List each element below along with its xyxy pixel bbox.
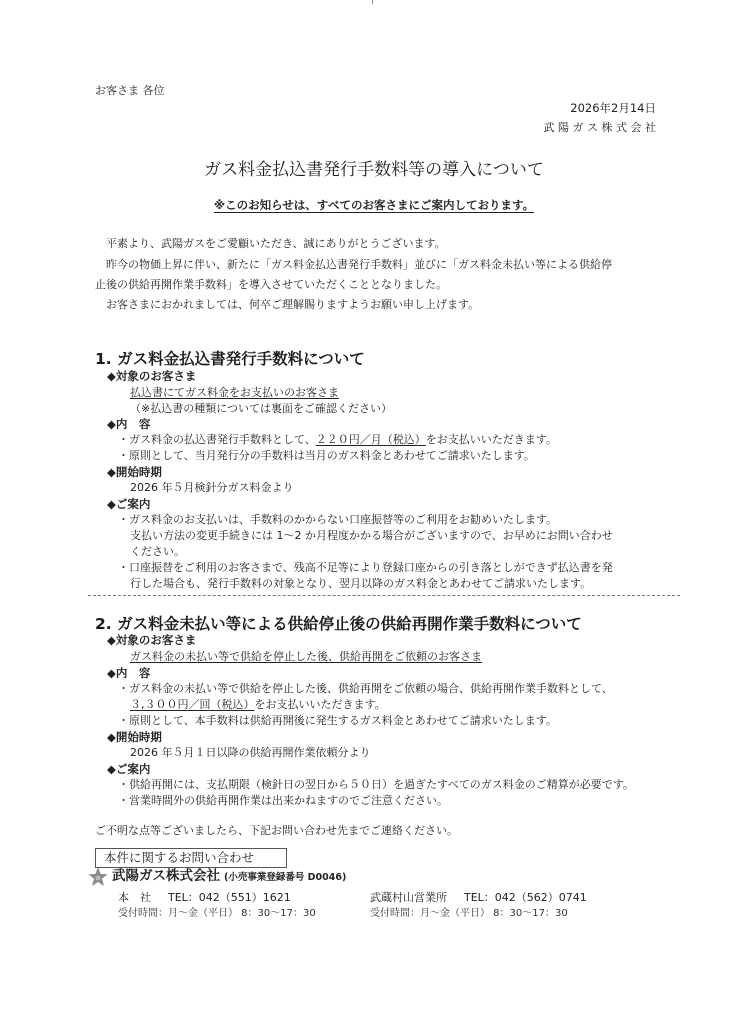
issuer: 武 陽 ガ ス 株 式 会 社 xyxy=(544,121,656,135)
intro-line-2: 昨今の物価上昇に伴い、新たに「ガス料金払込書発行手数料」並びに「ガス料金未払い等… xyxy=(106,258,612,272)
section-2-guide-label: ◆ご案内 xyxy=(107,762,150,777)
section-1-guide-label: ◆ご案内 xyxy=(107,497,150,512)
section-2-guide-2: ・営業時間外の供給再開作業は出来かねますのでご注意ください。 xyxy=(118,794,448,808)
fee-3300: ３,３００円／回（税込） xyxy=(130,698,255,711)
section-1-target-note: （※払込書の種類については裏面をご確認ください） xyxy=(130,402,392,416)
section-1-guide-1c: ください。 xyxy=(130,545,185,559)
content-1-post: をお支払いいただきます。 xyxy=(426,433,557,446)
addressee: お客さま 各位 xyxy=(95,84,165,98)
section-1-content-label: ◆内 容 xyxy=(107,417,150,432)
page-top-mark xyxy=(372,0,373,4)
office-musashimurayama-tel: TEL：042（562）0741 xyxy=(464,891,587,905)
section-1-target-text: 払込書にてガス料金をお支払いのお客さま xyxy=(130,386,339,400)
intro-line-4: お客さまにおかれましては、何卒ご理解賜りますようお願い申し上げます。 xyxy=(106,298,479,312)
office-hq-name: 本 社 xyxy=(118,891,151,905)
content-1-pre: ・ガス料金の払込書発行手数料として、 xyxy=(118,433,316,446)
registration-number: (小売事業登録番号 D0046) xyxy=(224,872,346,883)
star-logo-icon xyxy=(88,866,108,888)
section-2-heading: 2. ガス料金未払い等による供給停止後の供給再開作業手数料について xyxy=(95,614,582,634)
section-2-content-1a: ・ガス料金の未払い等で供給を停止した後、供給再開をご依頼の場合、供給再開作業手数… xyxy=(118,682,613,696)
section-2-content-label: ◆内 容 xyxy=(107,666,150,681)
office-hq-hours: 受付時間：月～金（平日） 8：30～17：30 xyxy=(118,907,316,920)
section-2-content-2: ・原則として、本手数料は供給再開後に発生するガス料金とあわせてご請求いたします。 xyxy=(118,714,557,728)
section-2-start-label: ◆開始時期 xyxy=(107,730,162,745)
section-1-heading: 1. ガス料金払込書発行手数料について xyxy=(95,349,365,369)
closing-text: ご不明な点等ございましたら、下記お問い合わせ先までご連絡ください。 xyxy=(95,824,458,838)
section-2-content-1b: ３,３００円／回（税込）をお支払いいただきます。 xyxy=(130,698,386,712)
contact-box-label: 本件に関するお問い合わせ xyxy=(104,850,254,866)
section-2-guide-1: ・供給再開には、支払期限（検針日の翌日から５０日）を過ぎたすべてのガス料金のご精… xyxy=(118,778,634,792)
section-1-guide-1a: ・ガス料金のお支払いは、手数料のかからない口座振替等のご利用をお勧めいたします。 xyxy=(118,513,557,527)
section-1-content-1: ・ガス料金の払込書発行手数料として、２２０円／月（税込）をお支払いいただきます。 xyxy=(118,433,557,447)
section-1-start-label: ◆開始時期 xyxy=(107,465,162,480)
office-hq-tel: TEL：042（551）1621 xyxy=(168,891,291,905)
office-musashimurayama-hours: 受付時間：月～金（平日） 8：30～17：30 xyxy=(370,907,568,920)
intro-line-3: 止後の供給再開作業手数料」を導入させていただくこととなりました。 xyxy=(95,278,447,292)
section-1-guide-2b: 行した場合も、発行手数料の対象となり、翌月以降のガス料金とあわせてご請求いたしま… xyxy=(130,577,591,591)
notice-subtitle: ※このお知らせは、すべてのお客さまにご案内しております。 xyxy=(0,197,748,213)
section-divider xyxy=(88,595,680,596)
intro-line-1: 平素より、武陽ガスをご愛顧いただき、誠にありがとうございます。 xyxy=(106,237,446,251)
section-1-guide-2a: ・口座振替をご利用のお客さまで、残高不足等により登録口座からの引き落としができず… xyxy=(118,561,613,575)
company-name: 武陽ガス株式会社(小売事業登録番号 D0046) xyxy=(112,866,346,888)
contact-box: 本件に関するお問い合わせ xyxy=(95,848,287,868)
section-1-target-label: ◆対象のお客さま xyxy=(107,369,196,384)
section-2-target-text: ガス料金の未払い等で供給を停止した後、供給再開をご依頼のお客さま xyxy=(130,650,482,664)
section-1-content-2: ・原則として、当月発行分の手数料は当月のガス料金とあわせてご請求いたします。 xyxy=(118,449,535,463)
section-1-start-text: 2026 年５月検針分ガス料金より xyxy=(130,481,294,495)
fee-220: ２２０円／月（税込） xyxy=(316,433,426,446)
page-title: ガス料金払込書発行手数料等の導入について xyxy=(0,159,748,181)
section-1-guide-1b: 支払い方法の変更手続きには 1～2 か月程度かかる場合がございますので、お早めに… xyxy=(130,529,613,543)
subtitle-text: ※このお知らせは、すべてのお客さまにご案内しております。 xyxy=(214,198,534,212)
office-musashimurayama-name: 武蔵村山営業所 xyxy=(370,891,447,905)
issue-date: 2026年2月14日 xyxy=(570,101,656,116)
content-1-post: をお支払いいただきます。 xyxy=(255,698,386,711)
section-2-start-text: 2026 年５月１日以降の供給再開作業依頼分より xyxy=(130,746,371,760)
company-label: 武陽ガス株式会社 xyxy=(112,868,220,884)
section-2-target-label: ◆対象のお客さま xyxy=(107,633,196,648)
